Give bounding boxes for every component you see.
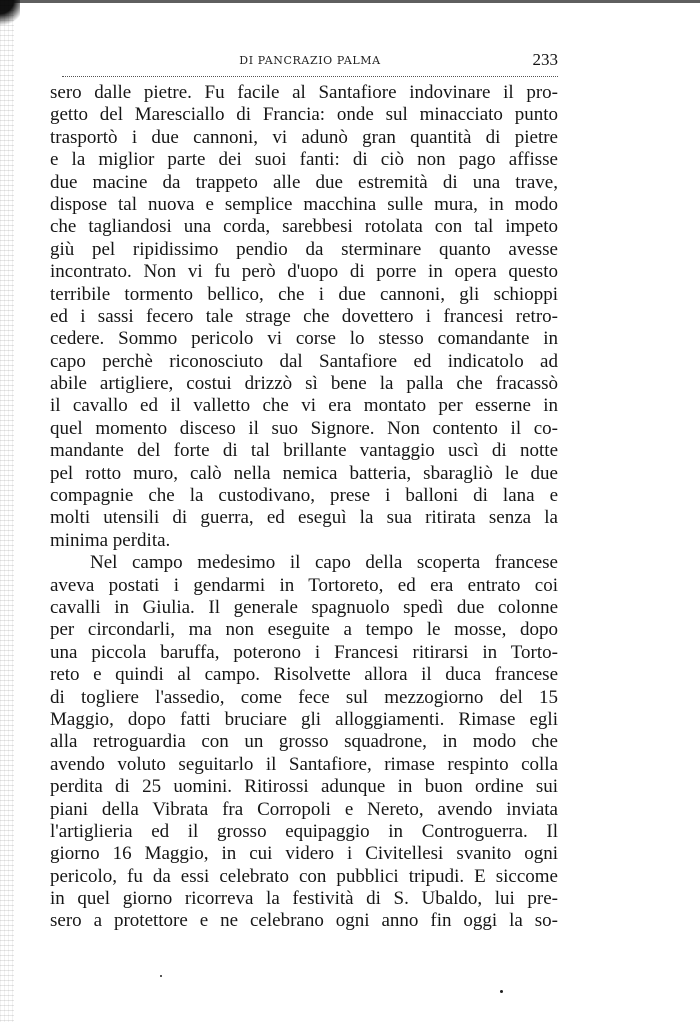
running-head: DI PANCRAZIO PALMA 233 bbox=[62, 52, 558, 74]
text-line: capo perchè riconosciuto dal Santafiore … bbox=[50, 351, 558, 373]
running-title: DI PANCRAZIO PALMA bbox=[62, 54, 558, 67]
text-line: compagnie che la custodivano, prese i ba… bbox=[50, 485, 558, 507]
text-line: giù pel ripidissimo pendio da sterminare… bbox=[50, 239, 558, 261]
text-line: alla retroguardia con un grosso squadron… bbox=[50, 731, 558, 753]
scan-top-edge bbox=[0, 0, 700, 3]
scan-speck bbox=[500, 990, 503, 993]
text-line: di togliere l'assedio, come fece sul mez… bbox=[50, 687, 558, 709]
text-line: terribile tormento bellico, che i due ca… bbox=[50, 284, 558, 306]
text-line: cavalli in Giulia. Il generale spagnuolo… bbox=[50, 597, 558, 619]
text-line: aveva postati i gendarmi in Tortoreto, e… bbox=[50, 575, 558, 597]
body-text: sero dalle pietre. Fu facile al Santafio… bbox=[50, 82, 558, 933]
text-line: perdita di 25 uomini. Ritirossi adunque … bbox=[50, 776, 558, 798]
paragraph-2: Nel campo medesimo il capo della scopert… bbox=[50, 552, 558, 933]
text-line: giorno 16 Maggio, in cui videro i Civite… bbox=[50, 843, 558, 865]
text-line: e la miglior parte dei suoi fanti: di ci… bbox=[50, 149, 558, 171]
header-dotted-rule bbox=[62, 76, 558, 77]
text-line: trasportò i due cannoni, vi adunò gran q… bbox=[50, 127, 558, 149]
text-line: per circondarli, ma non eseguite a tempo… bbox=[50, 619, 558, 641]
text-line: il cavallo ed il valletto che vi era mon… bbox=[50, 395, 558, 417]
text-line: dispose tal nuova e semplice macchina su… bbox=[50, 194, 558, 216]
text-line: piani della Vibrata fra Corropoli e Nere… bbox=[50, 799, 558, 821]
text-line: reto e quindi al campo. Risolvette allor… bbox=[50, 664, 558, 686]
text-line: pel rotto muro, calò nella nemica batter… bbox=[50, 463, 558, 485]
text-line: abile artigliere, costui drizzò sì bene … bbox=[50, 373, 558, 395]
text-line: ed i sassi fecero tale strage che dovett… bbox=[50, 306, 558, 328]
text-line: una piccola baruffa, poterono i Francesi… bbox=[50, 642, 558, 664]
scan-speck bbox=[160, 975, 162, 977]
scan-left-edge bbox=[0, 0, 14, 1022]
text-line: cedere. Sommo pericolo vi corse lo stess… bbox=[50, 328, 558, 350]
text-line: minima perdita. bbox=[50, 530, 558, 552]
page-number: 233 bbox=[533, 50, 559, 70]
text-line: sero a protettore e ne celebrano ogni an… bbox=[50, 910, 558, 932]
text-line: Nel campo medesimo il capo della scopert… bbox=[50, 552, 558, 574]
text-line: in quel giorno ricorreva la festività di… bbox=[50, 888, 558, 910]
text-line: Maggio, dopo fatti bruciare gli alloggia… bbox=[50, 709, 558, 731]
text-line: getto del Maresciallo di Francia: onde s… bbox=[50, 104, 558, 126]
text-line: l'artiglieria ed il grosso equipaggio in… bbox=[50, 821, 558, 843]
text-line: due macine da trappeto alle due estremit… bbox=[50, 172, 558, 194]
text-line: pericolo, fu da essi celebrato con pubbl… bbox=[50, 866, 558, 888]
text-line: avendo voluto seguitarlo il Santafiore, … bbox=[50, 754, 558, 776]
paragraph-1: sero dalle pietre. Fu facile al Santafio… bbox=[50, 82, 558, 552]
text-line: incontrato. Non vi fu però d'uopo di por… bbox=[50, 261, 558, 283]
text-line: che tagliandosi una corda, sarebbesi rot… bbox=[50, 216, 558, 238]
text-line: molti utensili di guerra, ed eseguì la s… bbox=[50, 507, 558, 529]
text-line: sero dalle pietre. Fu facile al Santafio… bbox=[50, 82, 558, 104]
text-line: quel momento disceso il suo Signore. Non… bbox=[50, 418, 558, 440]
text-line: mandante del forte di tal brillante vant… bbox=[50, 440, 558, 462]
